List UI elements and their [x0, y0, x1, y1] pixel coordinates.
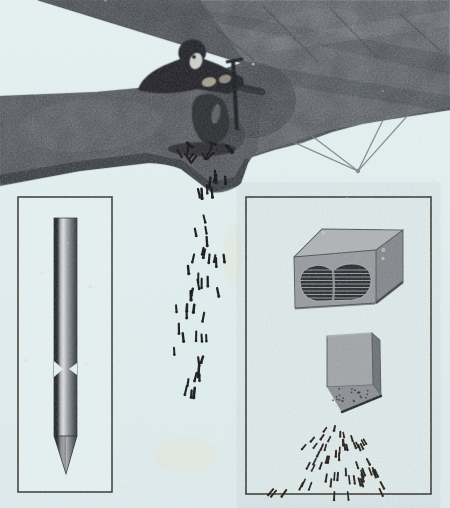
flechette-dropping-illustration: [0, 0, 450, 508]
paper-grain-overlay: [0, 0, 450, 508]
halftone-illustration-page: [0, 0, 450, 508]
